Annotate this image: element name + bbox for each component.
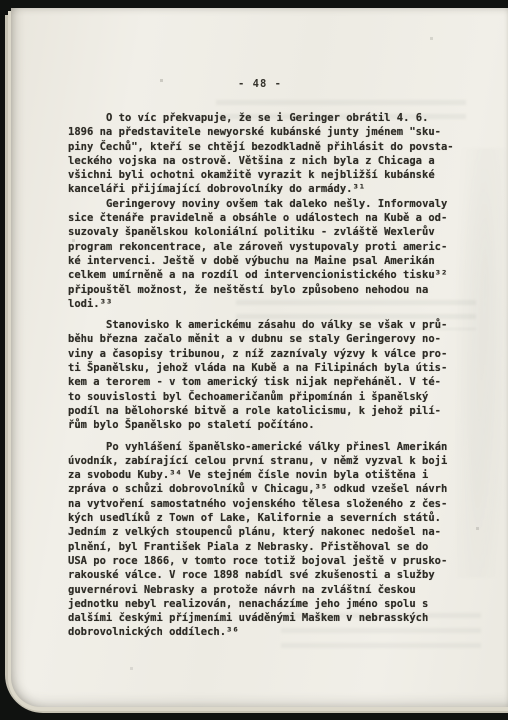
text-line: za svobodu Kuby.³⁴ Ve stejném čísle novi… — [68, 468, 458, 482]
text-line: dobrovolnických oddílech.³⁶ — [68, 625, 458, 639]
text-line: sice čtenáře pravidelně a obsáhle o udál… — [68, 211, 458, 225]
text-line: piny Čechů", kteří se chtějí bezodkladně… — [68, 140, 458, 154]
text-line: to souvislosti byl Čechoameričanům připo… — [68, 390, 458, 404]
text-line: lodi.³³ — [68, 297, 458, 311]
page-text-block: O to víc překvapuje, že se i Geringer ob… — [68, 111, 458, 640]
text-line: Po vyhlášení španělsko-americké války př… — [68, 440, 458, 454]
text-line: kanceláři přijímající dobrovolníky do ar… — [68, 182, 458, 196]
text-line: dalšími českými příjmeními uváděnými Maš… — [68, 611, 458, 625]
text-line: 1896 na představitele newyorské kubánské… — [68, 125, 458, 139]
text-line: USA po roce 1866, v tomto roce totiž boj… — [68, 554, 458, 568]
document-page: - 48 - O to víc překvapuje, že se i Geri… — [11, 8, 508, 707]
text-line: plnění, byl František Piala z Nebrasky. … — [68, 540, 458, 554]
text-line: podíl na bělohorské bitvě a role katolic… — [68, 404, 458, 418]
text-line: suzovaly španělskou koloniální politiku … — [68, 225, 458, 239]
text-line: ké intervenci. Ještě v době výbuchu na M… — [68, 254, 458, 268]
text-line: Jedním z velkých stoupenců plánu, který … — [68, 525, 458, 539]
text-line: zpráva o schůzi dobrovolníků v Chicagu,³… — [68, 482, 458, 496]
text-line: ti Španělsku, jehož vláda na Kubě a na F… — [68, 361, 458, 375]
bleedthrough-artifact — [456, 148, 506, 578]
paragraph: Po vyhlášení španělsko-americké války př… — [68, 440, 458, 640]
paragraph: Stanovisko k americkému zásahu do války … — [68, 318, 458, 432]
text-line: řům bylo Španělsko po staletí počítáno. — [68, 418, 458, 432]
dust-specks — [11, 8, 12, 9]
text-line: kých usedlíků z Town of Lake, Kalifornie… — [68, 511, 458, 525]
scan-backdrop: - 48 - O to víc překvapuje, že se i Geri… — [0, 0, 508, 720]
text-line: O to víc překvapuje, že se i Geringer ob… — [68, 111, 458, 125]
paragraph: Geringerovy noviny ovšem tak daleko nešl… — [68, 197, 458, 311]
text-line: na vytvoření samostatného vojenského těl… — [68, 497, 458, 511]
text-line: Geringerovy noviny ovšem tak daleko nešl… — [68, 197, 458, 211]
text-line: jednotku nebyl realizován, nenacházíme j… — [68, 597, 458, 611]
text-line: viny a časopisy tribunou, z níž zazníval… — [68, 347, 458, 361]
text-line: běhu března začalo měnit a v dubnu se st… — [68, 332, 458, 346]
text-line: program rekoncentrace, ale zároveň vystu… — [68, 240, 458, 254]
text-line: kem a terorem - v tom americký tisk nija… — [68, 375, 458, 389]
text-line: všichni byli ochotni okamžitě vyrazit k … — [68, 168, 458, 182]
text-line: úvodník, zabírající celou první stranu, … — [68, 454, 458, 468]
paragraph: O to víc překvapuje, že se i Geringer ob… — [68, 111, 458, 197]
text-line: připouštěl možnost, že neštěstí bylo způ… — [68, 283, 458, 297]
text-line: guvernérovi Nebrasky a protože návrh na … — [68, 583, 458, 597]
text-line: rakouské válce. V roce 1898 nabídl své z… — [68, 568, 458, 582]
text-line: Stanovisko k americkému zásahu do války … — [68, 318, 458, 332]
page-number: - 48 - — [68, 78, 452, 90]
text-line: celkem umírněně a na rozdíl od intervenc… — [68, 268, 458, 282]
text-line: leckého vojska na ostrově. Většina z nic… — [68, 154, 458, 168]
